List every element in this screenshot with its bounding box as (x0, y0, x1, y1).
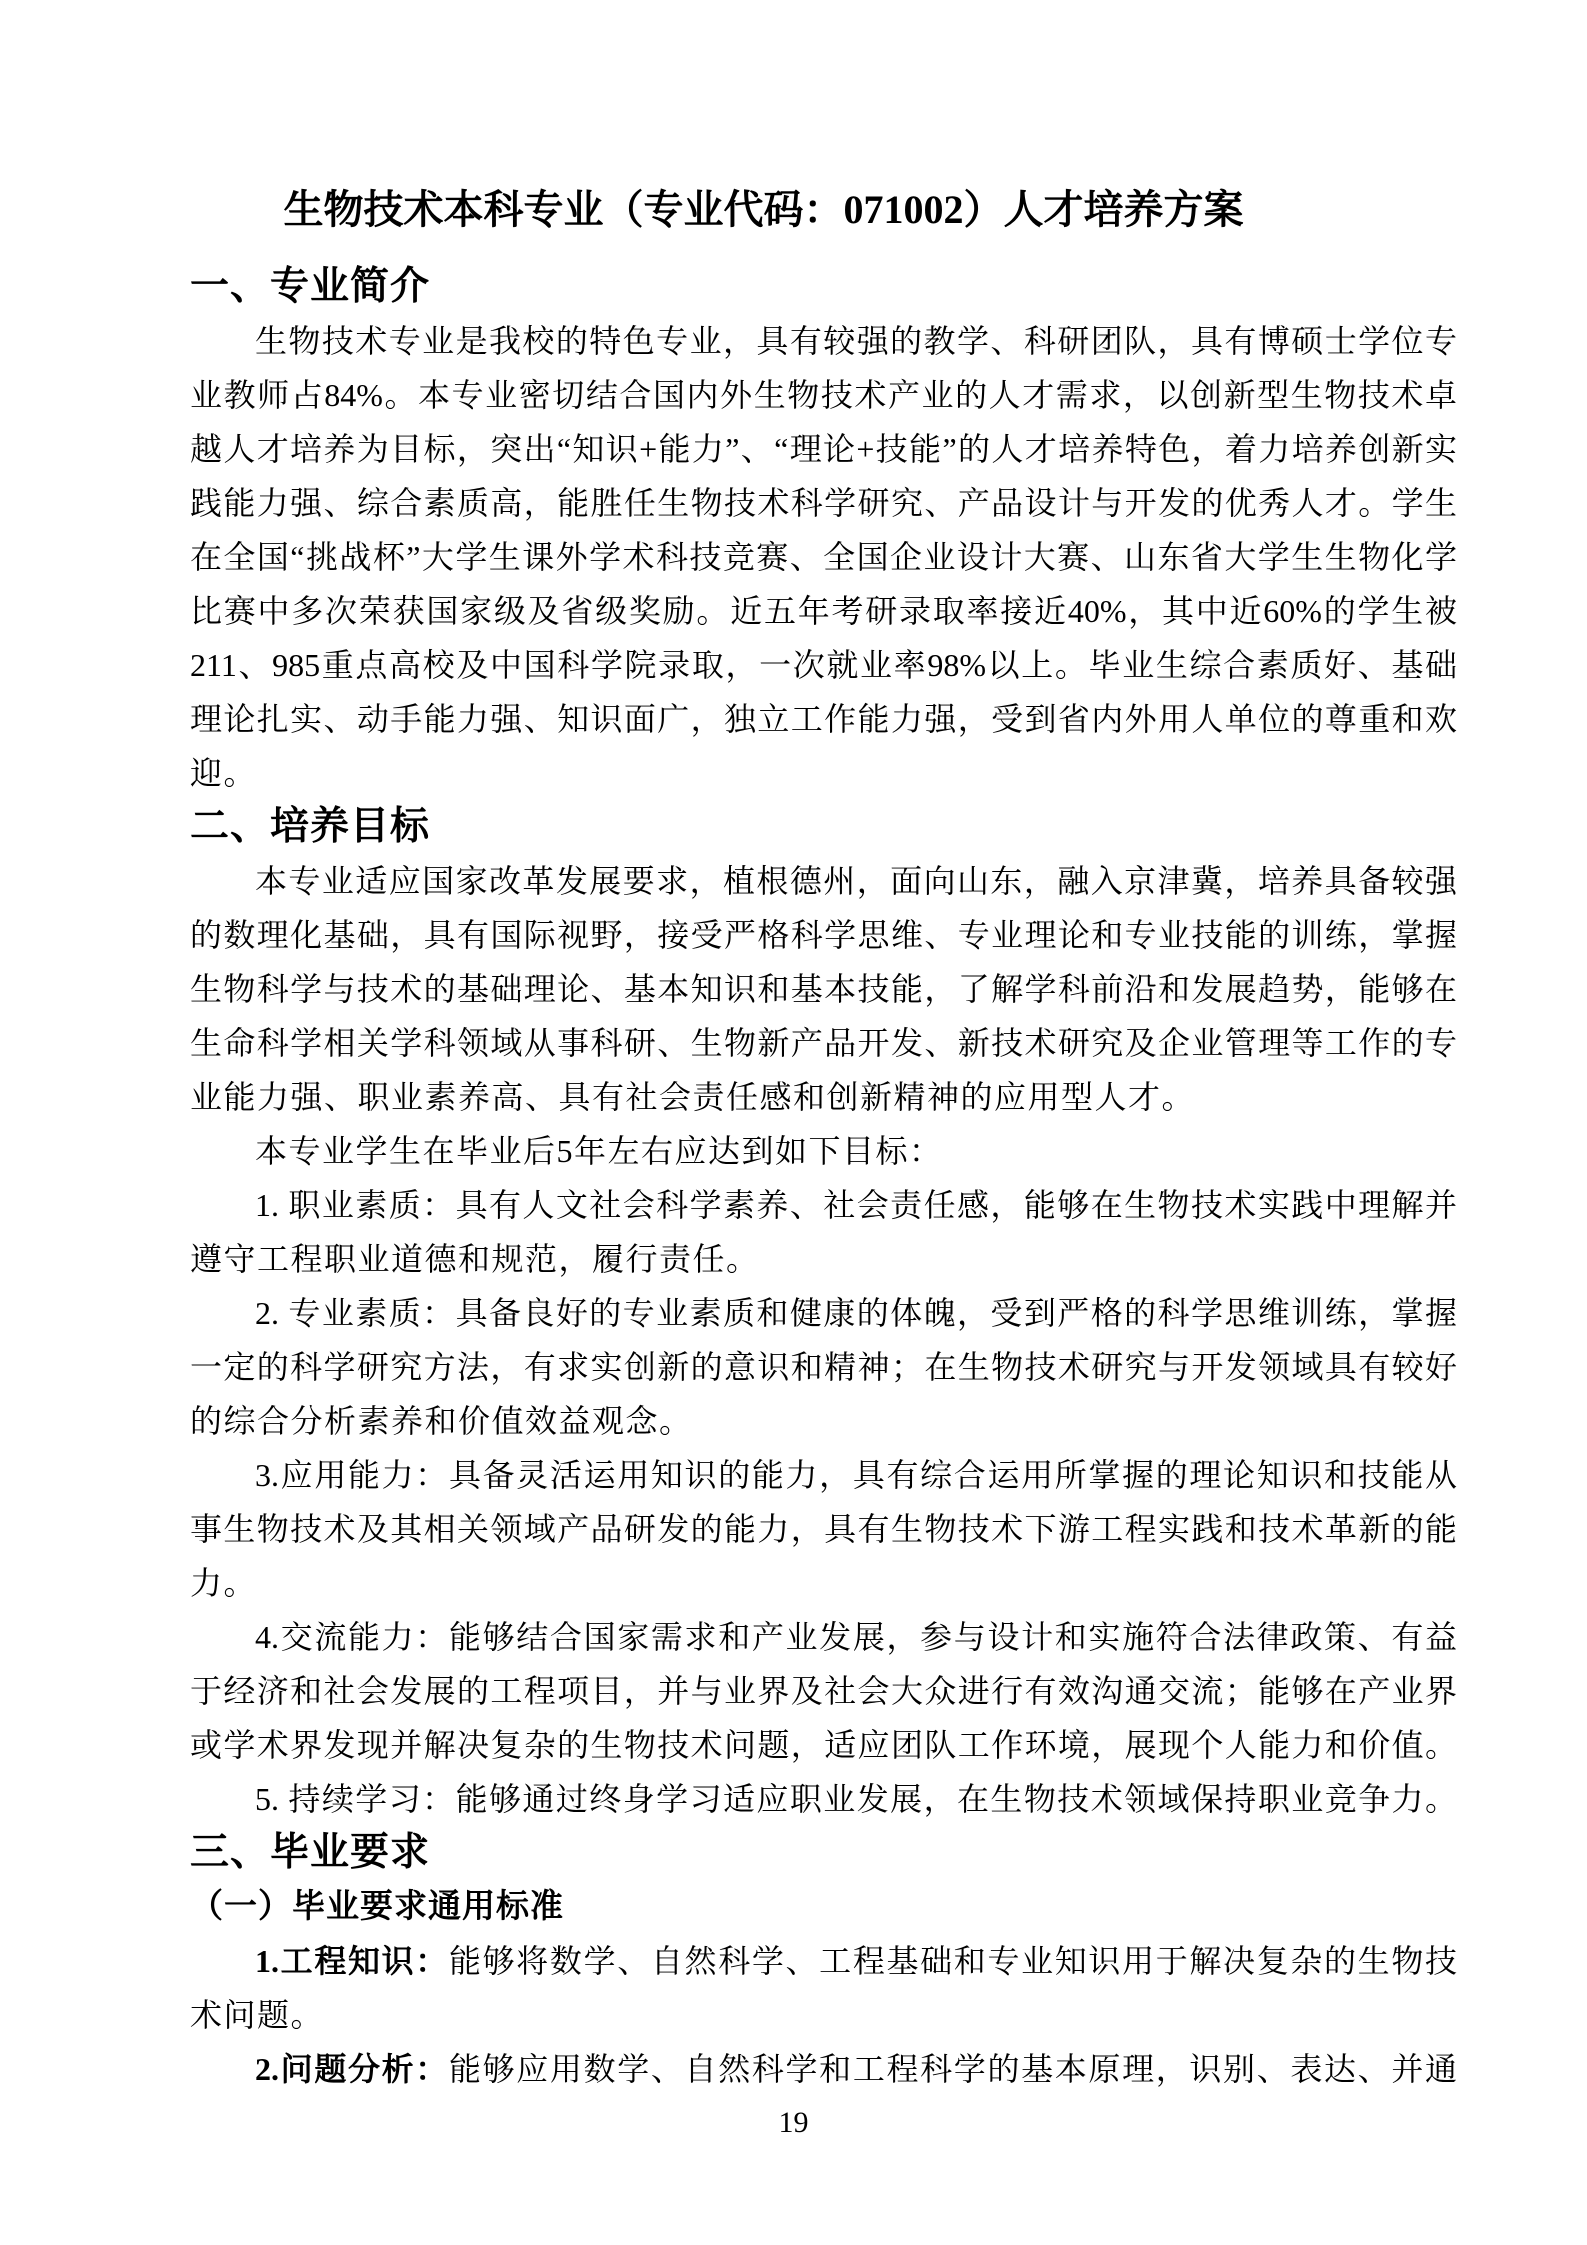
paragraph-line: 的综合分析素养和价值效益观念。 (190, 1394, 1457, 1448)
paragraph: 2. 专业素质：具备良好的专业素质和健康的体魄，受到严格的科学思维训练，掌握一定… (190, 1286, 1457, 1448)
paragraph: 本专业适应国家改革发展要求，植根德州，面向山东，融入京津冀，培养具备较强的数理化… (190, 854, 1457, 1124)
paragraph-line: 遵守工程职业道德和规范，履行责任。 (190, 1232, 1457, 1286)
paragraph-line: 本专业适应国家改革发展要求，植根德州，面向山东，融入京津冀，培养具备较强 (190, 854, 1457, 908)
paragraph-line: 4.交流能力：能够结合国家需求和产业发展，参与设计和实施符合法律政策、有益 (190, 1610, 1457, 1664)
section-heading: 一、专业简介 (190, 260, 1457, 314)
paragraph-line: 生物科学与技术的基础理论、基本知识和基本技能，了解学科前沿和发展趋势，能够在 (190, 962, 1457, 1016)
paragraph-line: 3.应用能力：具备灵活运用知识的能力，具有综合运用所掌握的理论知识和技能从 (190, 1448, 1457, 1502)
paragraph-line: 业教师占84%。本专业密切结合国内外生物技术产业的人才需求，以创新型生物技术卓 (190, 368, 1457, 422)
paragraph-line: 业能力强、职业素养高、具有社会责任感和创新精神的应用型人才。 (190, 1070, 1457, 1124)
section-heading: 三、毕业要求 (190, 1826, 1457, 1880)
paragraph-line: 1. 职业素质：具有人文社会科学素养、社会责任感，能够在生物技术实践中理解并 (190, 1178, 1457, 1232)
paragraph: 2.问题分析：能够应用数学、自然科学和工程科学的基本原理，识别、表达、并通 (190, 2042, 1457, 2096)
paragraph-line: 或学术界发现并解决复杂的生物技术问题，适应团队工作环境，展现个人能力和价值。 (190, 1718, 1457, 1772)
paragraph-line: 于经济和社会发展的工程项目，并与业界及社会大众进行有效沟通交流；能够在产业界 (190, 1664, 1457, 1718)
paragraph-line: 211、985重点高校及中国科学院录取，一次就业率98%以上。毕业生综合素质好、… (190, 638, 1457, 692)
paragraph: 1. 职业素质：具有人文社会科学素养、社会责任感，能够在生物技术实践中理解并遵守… (190, 1178, 1457, 1286)
paragraph-line: 比赛中多次荣获国家级及省级奖励。近五年考研录取率接近40%，其中近60%的学生被 (190, 584, 1457, 638)
paragraph-line: 本专业学生在毕业后5年左右应达到如下目标： (190, 1124, 1457, 1178)
paragraph-line: 力。 (190, 1556, 1457, 1610)
paragraph: 1.工程知识：能够将数学、自然科学、工程基础和专业知识用于解决复杂的生物技术问题… (190, 1934, 1457, 2042)
paragraph-line: 的数理化基础，具有国际视野，接受严格科学思维、专业理论和专业技能的训练，掌握 (190, 908, 1457, 962)
paragraph: 生物技术专业是我校的特色专业，具有较强的教学、科研团队，具有博硕士学位专业教师占… (190, 314, 1457, 800)
paragraph-line: 迎。 (190, 746, 1457, 800)
page-number: 19 (0, 2096, 1587, 2150)
bold-run: 1.工程知识： (255, 1943, 449, 1979)
paragraph: 4.交流能力：能够结合国家需求和产业发展，参与设计和实施符合法律政策、有益于经济… (190, 1610, 1457, 1772)
paragraph: 3.应用能力：具备灵活运用知识的能力，具有综合运用所掌握的理论知识和技能从事生物… (190, 1448, 1457, 1610)
document-body: 一、专业简介生物技术专业是我校的特色专业，具有较强的教学、科研团队，具有博硕士学… (190, 260, 1457, 2096)
paragraph: 5. 持续学习：能够通过终身学习适应职业发展，在生物技术领域保持职业竞争力。 (190, 1772, 1457, 1826)
paragraph-line: 在全国“挑战杯”大学生课外学术科技竞赛、全国企业设计大赛、山东省大学生生物化学 (190, 530, 1457, 584)
document-page: 生物技术本科专业（专业代码：071002）人才培养方案 一、专业简介生物技术专业… (0, 0, 1587, 2245)
paragraph-line: 生命科学相关学科领域从事科研、生物新产品开发、新技术研究及企业管理等工作的专 (190, 1016, 1457, 1070)
paragraph-line: 理论扎实、动手能力强、知识面广，独立工作能力强，受到省内外用人单位的尊重和欢 (190, 692, 1457, 746)
paragraph-line: 生物技术专业是我校的特色专业，具有较强的教学、科研团队，具有博硕士学位专 (190, 314, 1457, 368)
paragraph: 本专业学生在毕业后5年左右应达到如下目标： (190, 1124, 1457, 1178)
paragraph-line: 5. 持续学习：能够通过终身学习适应职业发展，在生物技术领域保持职业竞争力。 (190, 1772, 1457, 1826)
paragraph-line: 一定的科学研究方法，有求实创新的意识和精神；在生物技术研究与开发领域具有较好 (190, 1340, 1457, 1394)
section-heading: （一）毕业要求通用标准 (190, 1880, 1457, 1934)
paragraph-line: 2.问题分析：能够应用数学、自然科学和工程科学的基本原理，识别、表达、并通 (190, 2042, 1457, 2096)
paragraph-line: 1.工程知识：能够将数学、自然科学、工程基础和专业知识用于解决复杂的生物技 (190, 1934, 1457, 1988)
paragraph-line: 术问题。 (190, 1988, 1457, 2042)
bold-run: 2.问题分析： (255, 2051, 449, 2087)
section-heading: 二、培养目标 (190, 800, 1457, 854)
paragraph-line: 践能力强、综合素质高，能胜任生物技术科学研究、产品设计与开发的优秀人才。学生 (190, 476, 1457, 530)
paragraph-line: 越人才培养为目标，突出“知识+能力”、“理论+技能”的人才培养特色，着力培养创新… (190, 422, 1457, 476)
document-title: 生物技术本科专业（专业代码：071002）人才培养方案 (190, 182, 1457, 238)
paragraph-line: 2. 专业素质：具备良好的专业素质和健康的体魄，受到严格的科学思维训练，掌握 (190, 1286, 1457, 1340)
paragraph-line: 事生物技术及其相关领域产品研发的能力，具有生物技术下游工程实践和技术革新的能 (190, 1502, 1457, 1556)
